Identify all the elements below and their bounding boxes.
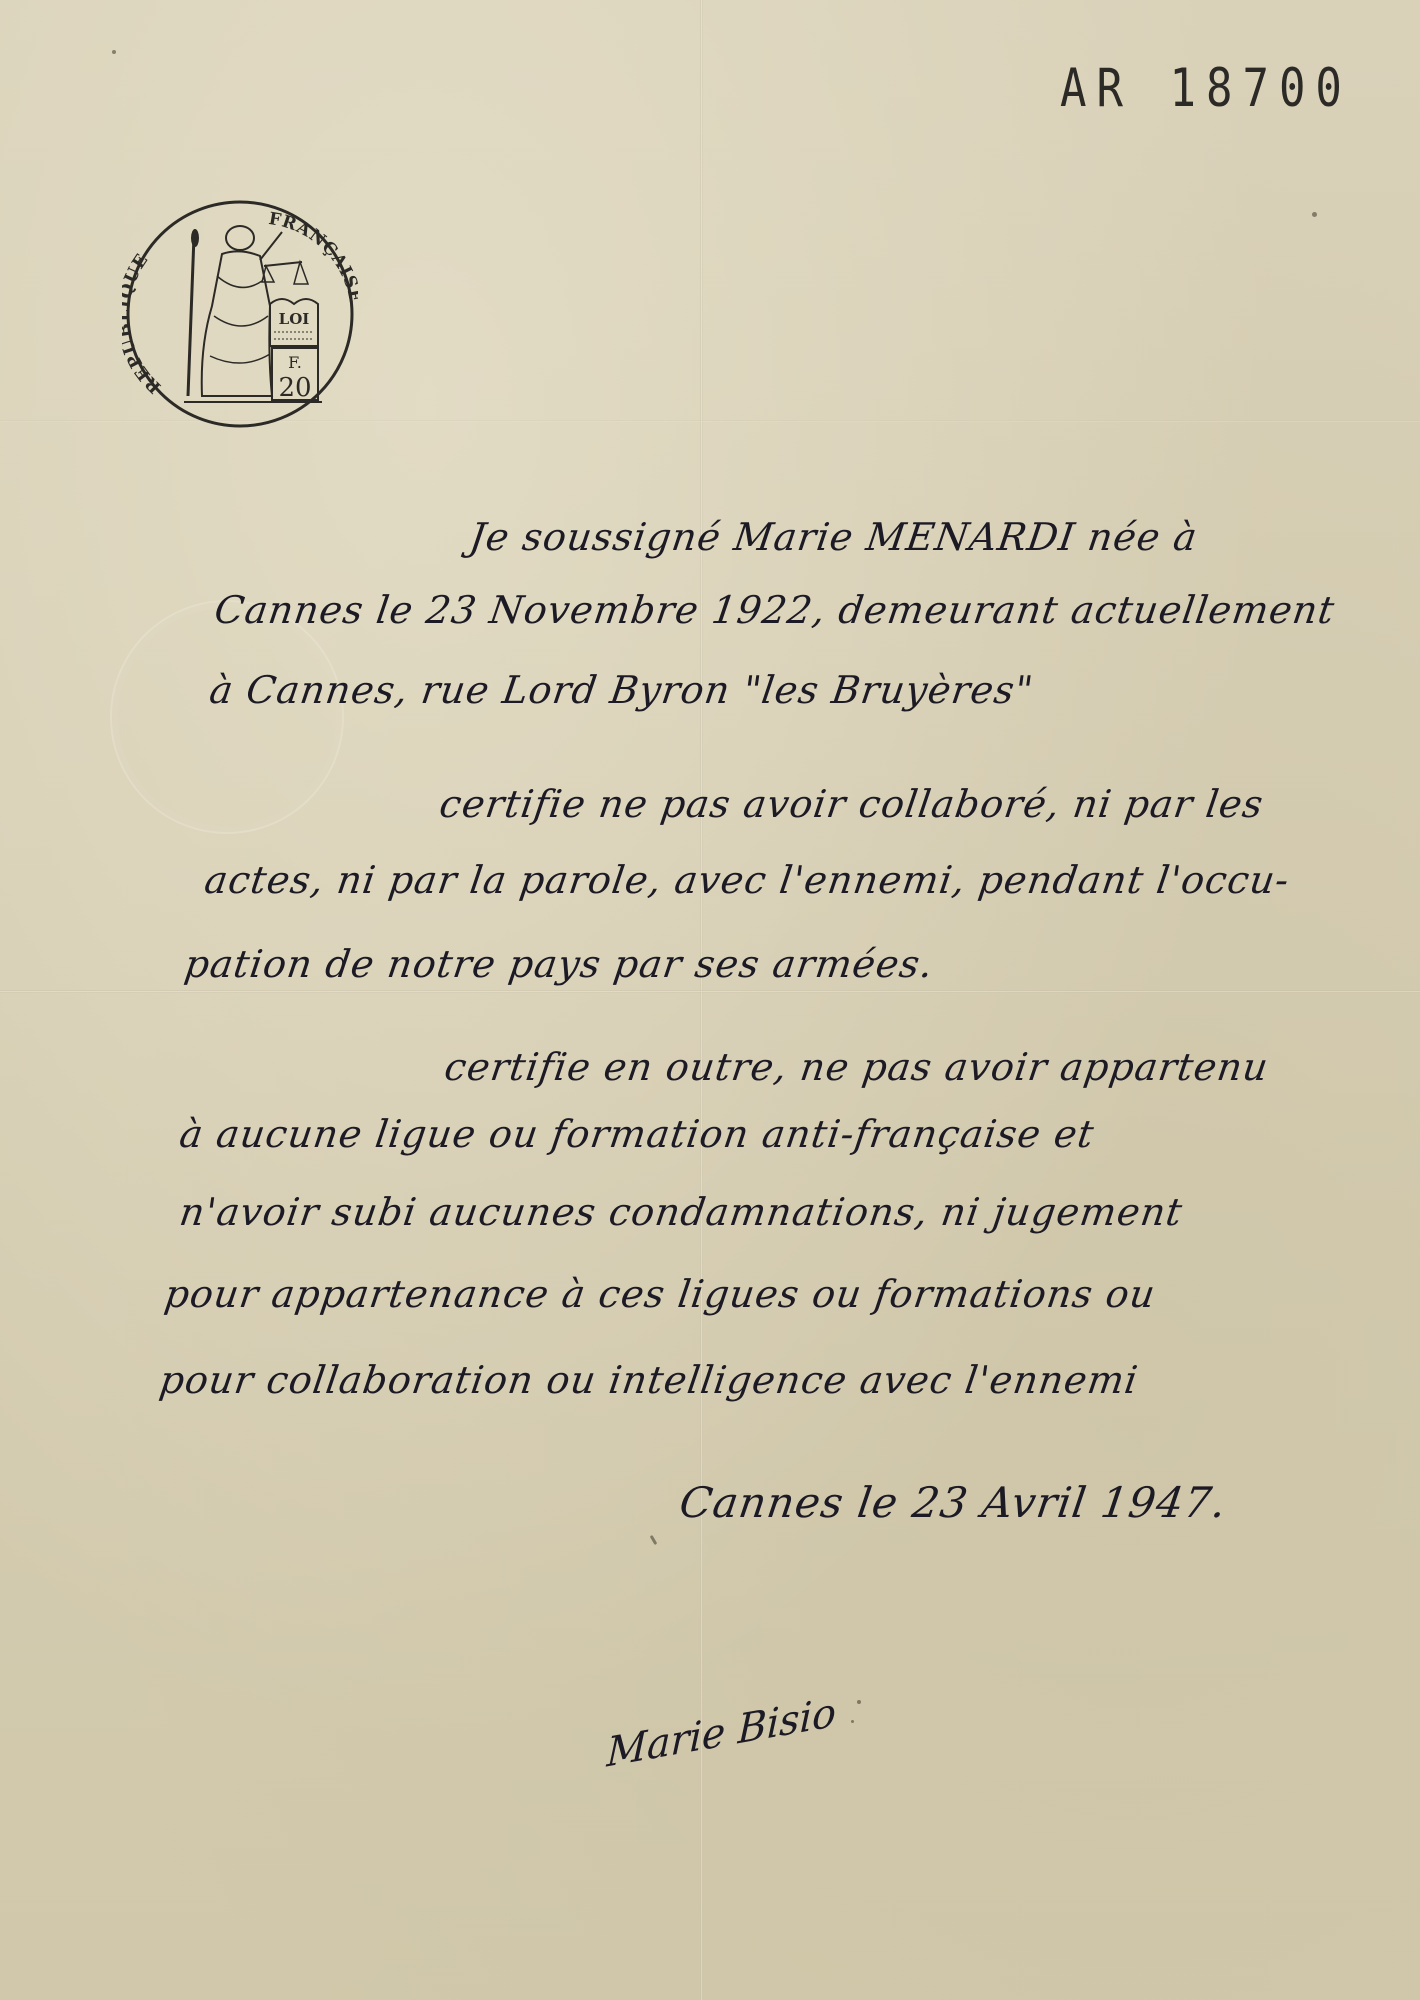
body-line: pour appartenance à ces ligues ou format… — [162, 1272, 1159, 1316]
body-line: certifie ne pas avoir collaboré, ni par … — [437, 782, 1267, 826]
paper-speck — [851, 1720, 854, 1723]
place-date: Cannes le 23 Avril 1947. — [677, 1478, 1230, 1527]
body-line: n'avoir subi aucunes condamnations, ni j… — [177, 1190, 1186, 1234]
body-line: Cannes le 23 Novembre 1922, demeurant ac… — [212, 588, 1338, 632]
body-line: à Cannes, rue Lord Byron "les Bruyères" — [207, 668, 1036, 712]
body-line: Je soussigné Marie MENARDI née à — [467, 515, 1201, 559]
paper-speck — [1312, 212, 1317, 217]
body-line: actes, ni par la parole, avec l'ennemi, … — [202, 858, 1292, 902]
body-line: à aucune ligue ou formation anti-françai… — [177, 1112, 1097, 1156]
handwritten-body: Je soussigné Marie MENARDI née à Cannes … — [0, 0, 1420, 2000]
body-line: certifie en outre, ne pas avoir apparten… — [442, 1045, 1272, 1089]
document-page: AR 18700 REPUBLIQUE FRANÇAISE LOI F. — [0, 0, 1420, 2000]
paper-speck — [857, 1700, 861, 1704]
body-line: pation de notre pays par ses armées. — [182, 942, 937, 986]
body-line: pour collaboration ou intelligence avec … — [157, 1358, 1141, 1402]
paper-speck — [112, 50, 116, 54]
